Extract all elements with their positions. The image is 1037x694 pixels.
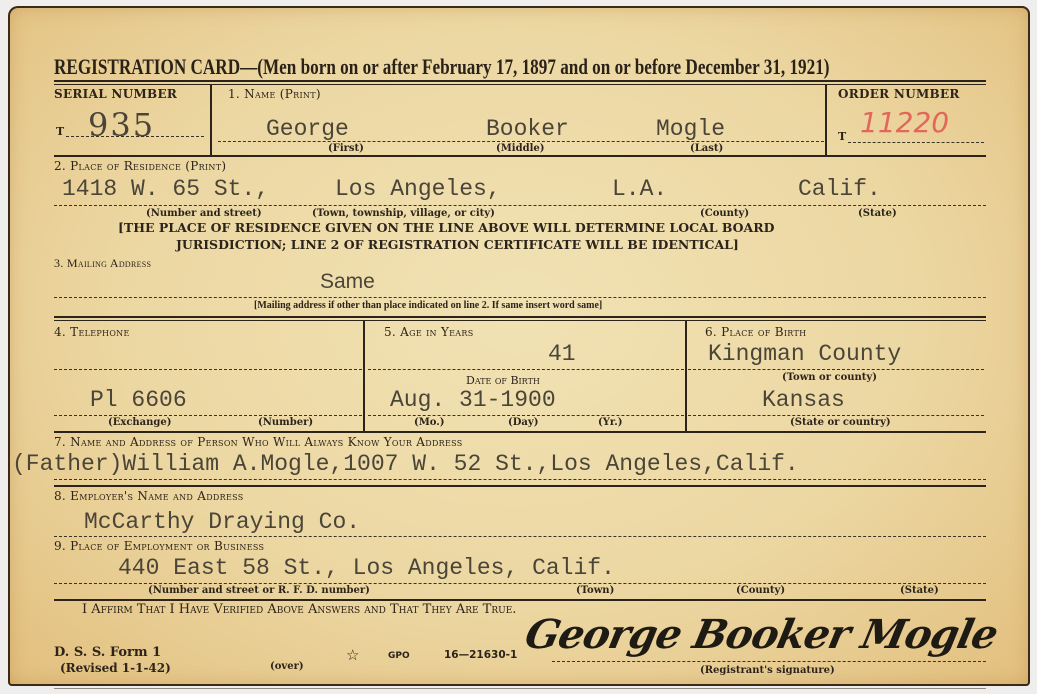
dob-month-caption: (Mo.) <box>414 417 445 428</box>
name-middle-caption: (Middle) <box>496 143 544 154</box>
residence-state-caption: (State) <box>858 208 897 219</box>
employment-county-caption: (County) <box>736 585 785 596</box>
birthplace-town-value: Kingman County <box>708 341 901 367</box>
affirmation-text: I Affirm That I Have Verified Above Answ… <box>82 602 516 617</box>
mailing-address-caption: [Mailing address if other than place ind… <box>254 300 602 311</box>
mailing-address-value: Same <box>320 270 375 294</box>
birthplace-state-value: Kansas <box>762 387 845 413</box>
age-value: 41 <box>548 341 576 367</box>
print-code: 16—21630-1 <box>444 649 517 661</box>
residence-street-caption: (Number and street) <box>146 208 262 219</box>
mailing-address-label: 3. Mailing Address <box>54 256 151 271</box>
name-last: Mogle <box>656 116 725 142</box>
order-number-label: ORDER NUMBER <box>838 87 960 101</box>
telephone-value: Pl 6606 <box>90 387 187 413</box>
name-first-caption: (First) <box>328 143 364 154</box>
employment-street-caption: (Number and street or R. F. D. number) <box>148 585 370 596</box>
registration-card: REGISTRATION CARD—(Men born on or after … <box>8 6 1030 686</box>
serial-number-value: 935 <box>88 106 155 144</box>
name-last-caption: (Last) <box>690 143 723 154</box>
telephone-exchange-caption: (Exchange) <box>108 417 172 428</box>
telephone-label: 4. Telephone <box>54 325 130 339</box>
employer-label: 8. Employer's Name and Address <box>54 489 244 503</box>
registrant-signature: George Booker Mogle <box>521 611 1002 658</box>
star-icon: ☆ <box>346 646 359 664</box>
contact-value: (Father)William A.Mogle,1007 W. 52 St.,L… <box>12 451 799 477</box>
gpo-mark: GPO <box>388 651 410 661</box>
birthplace-label: 6. Place of Birth <box>705 325 806 339</box>
dob-day-caption: (Day) <box>508 417 538 428</box>
order-number-value: 11220 <box>860 106 949 139</box>
birthplace-state-caption: (State or country) <box>790 417 891 428</box>
name-label: 1. Name (Print) <box>228 87 321 101</box>
serial-prefix: T <box>56 125 64 138</box>
employment-town-caption: (Town) <box>576 585 614 596</box>
employment-label: 9. Place of Employment or Business <box>54 539 264 553</box>
residence-street: 1418 W. 65 St., <box>62 176 269 202</box>
name-first: George <box>266 116 349 142</box>
residence-state: Calif. <box>798 176 881 202</box>
order-prefix: T <box>838 130 846 143</box>
form-revised: (Revised 1-1-42) <box>60 661 171 675</box>
employer-value: McCarthy Draying Co. <box>84 509 360 535</box>
serial-number-label: SERIAL NUMBER <box>54 87 177 101</box>
residence-notice-line-2: JURISDICTION; LINE 2 OF REGISTRATION CER… <box>176 237 739 252</box>
card-title: REGISTRATION CARD—(Men born on or after … <box>54 54 830 80</box>
telephone-number-caption: (Number) <box>258 417 313 428</box>
employment-state-caption: (State) <box>900 585 939 596</box>
form-number: D. S. S. Form 1 <box>54 645 161 660</box>
date-of-birth-label: Date of Birth <box>466 374 540 387</box>
birthplace-town-caption: (Town or county) <box>782 372 877 383</box>
residence-town: Los Angeles, <box>335 176 501 202</box>
over-text: (over) <box>270 661 304 672</box>
residence-label: 2. Place of Residence (Print) <box>54 159 226 173</box>
residence-county: L.A. <box>612 176 667 202</box>
date-of-birth-value: Aug. 31-1900 <box>390 387 556 413</box>
residence-notice-line-1: [THE PLACE OF RESIDENCE GIVEN ON THE LIN… <box>118 220 774 235</box>
residence-town-caption: (Town, township, village, or city) <box>312 208 495 219</box>
dob-year-caption: (Yr.) <box>598 417 622 428</box>
residence-county-caption: (County) <box>700 208 749 219</box>
name-middle: Booker <box>486 116 569 142</box>
employment-value: 440 East 58 St., Los Angeles, Calif. <box>118 555 615 581</box>
age-label: 5. Age in Years <box>384 325 474 339</box>
signature-caption: (Registrant's signature) <box>700 665 835 676</box>
contact-label: 7. Name and Address of Person Who Will A… <box>54 435 463 449</box>
